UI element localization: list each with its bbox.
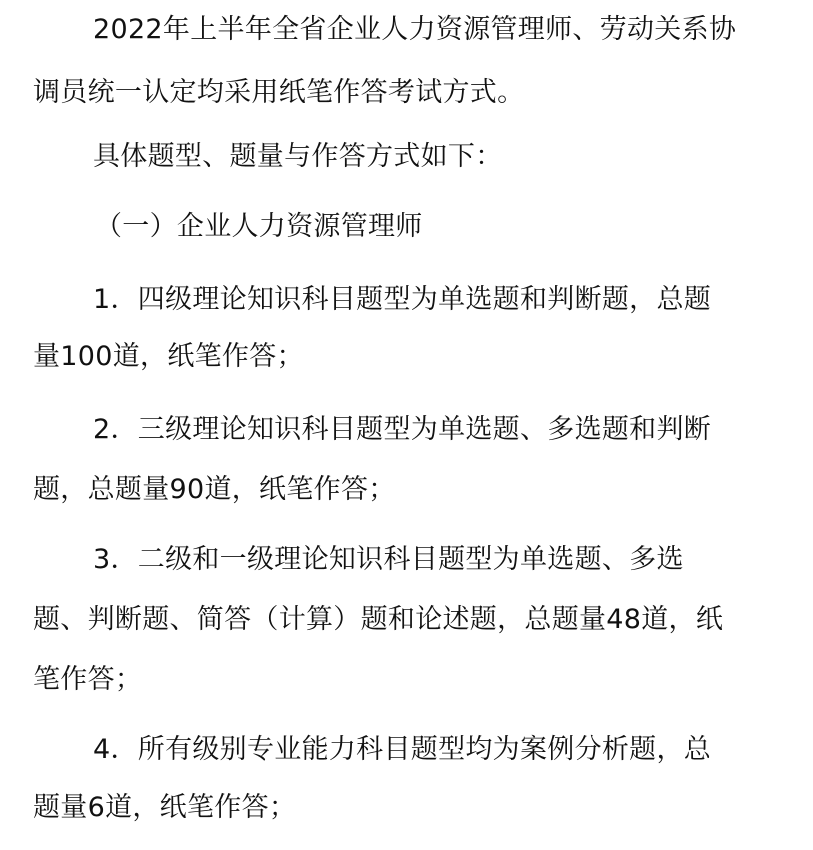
lead-line-1: 具体题型、题量与作答方式如下： [93, 139, 503, 175]
list-item-3-line-1: 3．二级和一级理论知识科目题型为单选题、多选 [93, 542, 684, 578]
intro-line-2: 调员统一认定均采用纸笔作答考试方式。 [33, 75, 524, 111]
section-heading-line: （一）企业人力资源管理师 [95, 209, 423, 245]
list-item-1-line-2: 量100道，纸笔作答； [33, 339, 304, 375]
list-item-3-line-3: 笔作答； [33, 662, 142, 698]
list-item-4-line-2: 题量6道，纸笔作答； [33, 790, 296, 826]
list-item-1-line-1: 1．四级理论知识科目题型为单选题和判断题，总题 [93, 282, 711, 318]
list-item-2-line-2: 题，总题量90道，纸笔作答； [33, 472, 396, 508]
list-item-3-line-2: 题、判断题、简答（计算）题和论述题，总题量48道，纸 [33, 602, 723, 638]
list-item-2-line-1: 2．三级理论知识科目题型为单选题、多选题和判断 [93, 412, 711, 448]
intro-line-1: 2022年上半年全省企业人力资源管理师、劳动关系协 [93, 12, 736, 48]
list-item-4-line-1: 4．所有级别专业能力科目题型均为案例分析题，总 [93, 732, 711, 768]
